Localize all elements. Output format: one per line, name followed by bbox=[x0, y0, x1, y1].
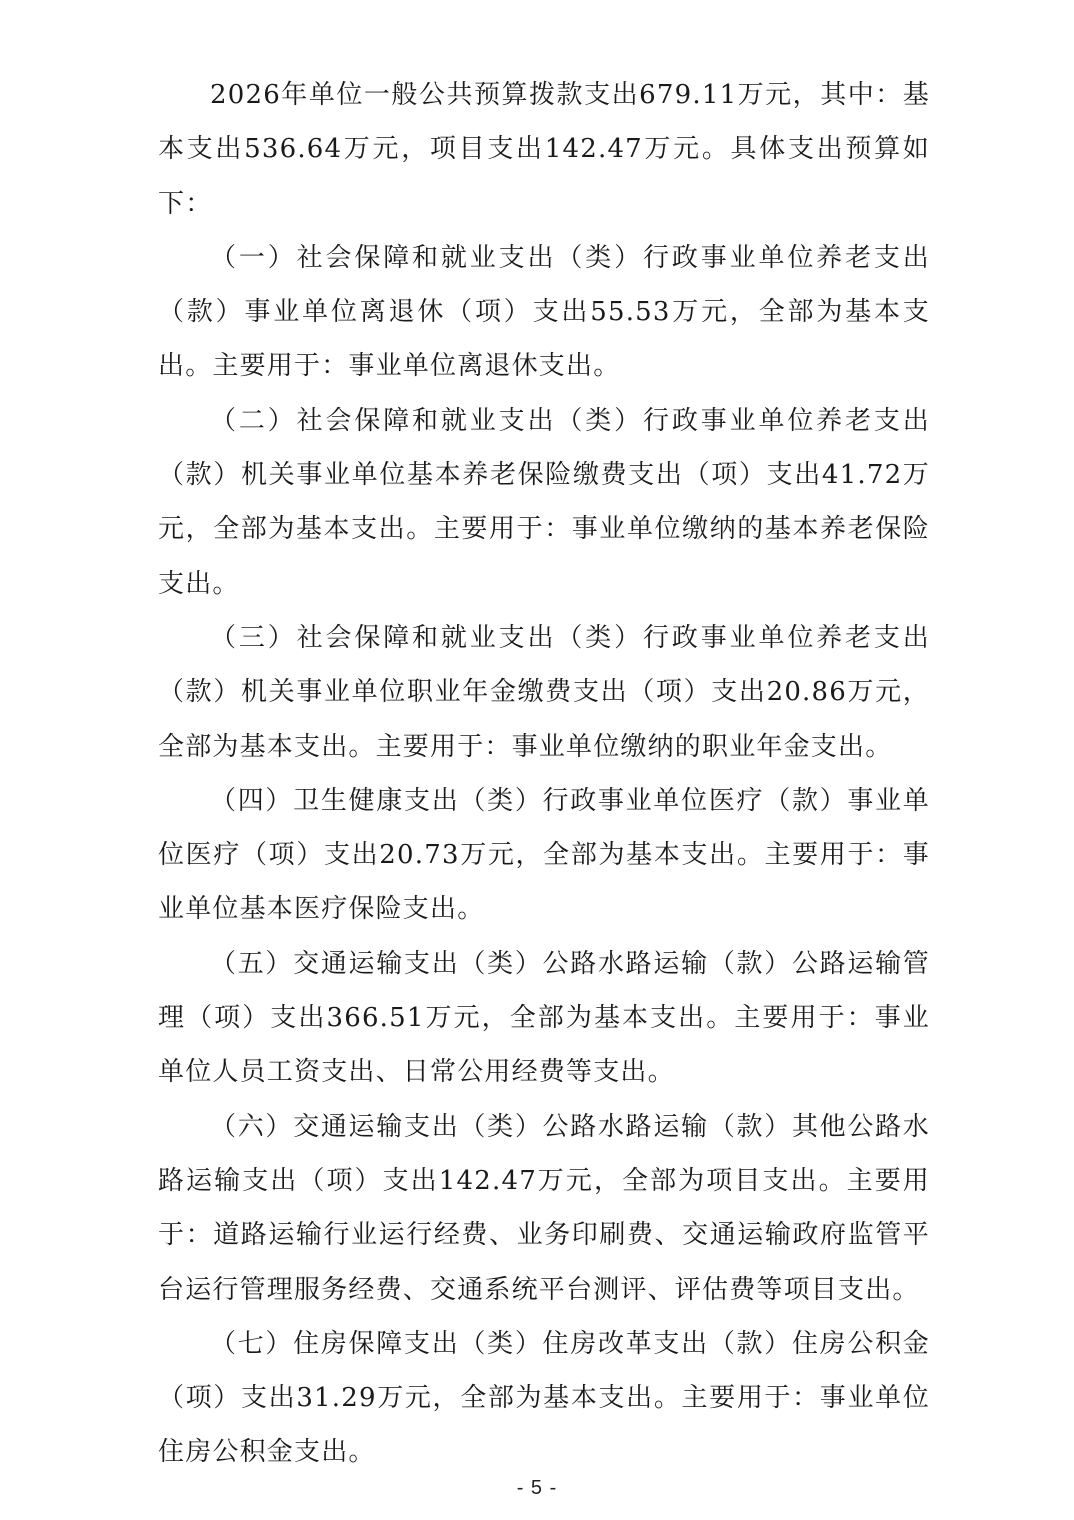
paragraph-item-1-retirement: （一）社会保障和就业支出（类）行政事业单位养老支出（款）事业单位离退休（项）支出… bbox=[158, 231, 930, 394]
paragraph-item-7-housing-fund: （七）住房保障支出（类）住房改革支出（款）住房公积金（项）支出31.29万元，全… bbox=[158, 1317, 930, 1480]
paragraph-item-2-pension-insurance: （二）社会保障和就业支出（类）行政事业单位养老支出（款）机关事业单位基本养老保险… bbox=[158, 394, 930, 611]
page-number: - 5 - bbox=[0, 1477, 1074, 1500]
paragraph-budget-summary: 2026年单位一般公共预算拨款支出679.11万元，其中：基本支出536.64万… bbox=[158, 68, 930, 231]
paragraph-item-3-occupational-annuity: （三）社会保障和就业支出（类）行政事业单位养老支出（款）机关事业单位职业年金缴费… bbox=[158, 611, 930, 774]
paragraph-item-4-medical: （四）卫生健康支出（类）行政事业单位医疗（款）事业单位医疗（项）支出20.73万… bbox=[158, 774, 930, 937]
document-body: 2026年单位一般公共预算拨款支出679.11万元，其中：基本支出536.64万… bbox=[158, 68, 930, 1480]
paragraph-item-6-other-road-water-transport: （六）交通运输支出（类）公路水路运输（款）其他公路水路运输支出（项）支出142.… bbox=[158, 1100, 930, 1317]
paragraph-item-5-road-transport-management: （五）交通运输支出（类）公路水路运输（款）公路运输管理（项）支出366.51万元… bbox=[158, 937, 930, 1100]
